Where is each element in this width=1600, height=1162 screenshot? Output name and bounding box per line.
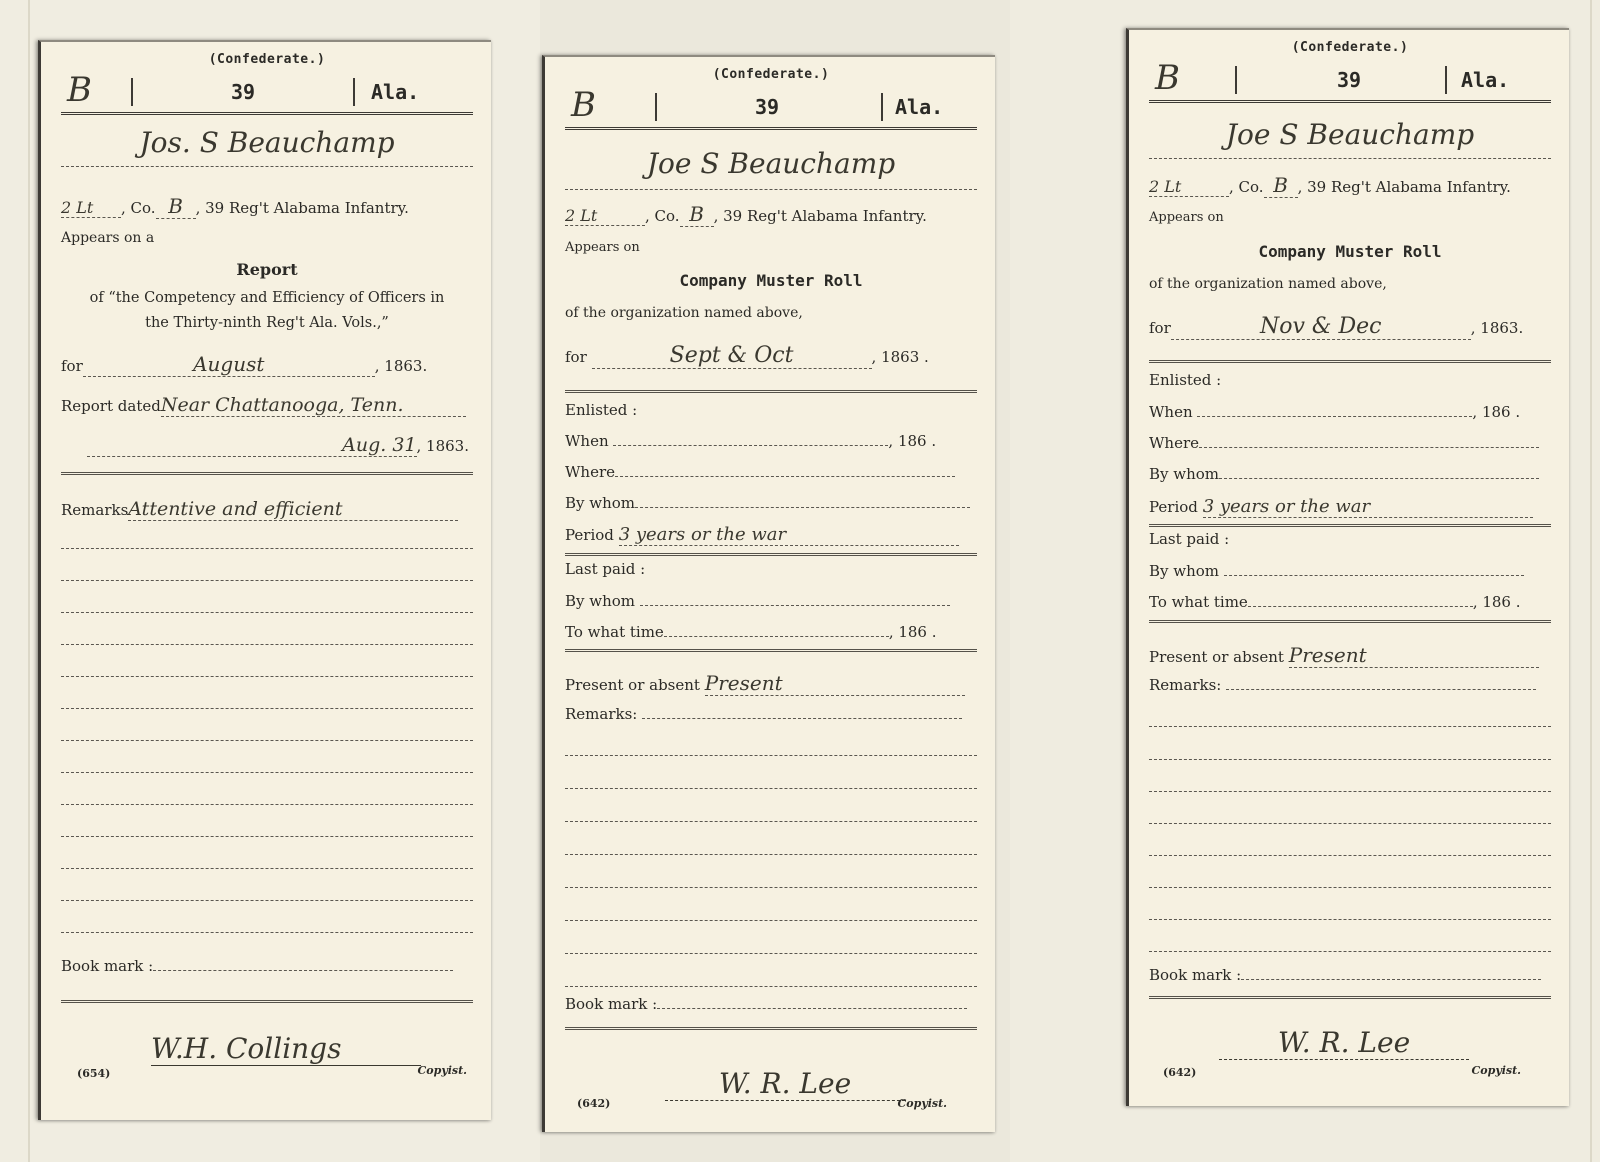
present-value: Present [705,671,965,696]
copyist-signature-row: W.H. Collings [151,1032,421,1066]
company-mark: B [67,70,92,110]
appears-label: Appears on [565,240,977,255]
confederate-label: (Confederate.) [1149,40,1551,55]
for-value: Sept & Oct [592,343,872,369]
service-record-card-report: (Confederate.) B 39 Ala. Jos. S Beaucham… [38,40,491,1120]
rank-company-row: 2 Lt, Co.B, 39 Reg't Alabama Infantry. [1149,173,1551,198]
copyist-label: Copyist. [1472,1064,1521,1077]
organization-label: of the organization named above, [565,305,977,321]
for-value: Nov & Dec [1171,314,1471,340]
book-mark-row: Book mark : [565,995,977,1013]
present-value: Present [1289,643,1539,668]
regiment-number: 39 [1239,68,1459,92]
soldier-name-row: Joe S Beauchamp [1149,118,1551,159]
enlisted-where-row: Where [565,463,977,481]
remarks-row: Remarks: [565,705,977,723]
book-mark-row: Book mark : [61,957,473,975]
last-paid-label: Last paid : [1149,530,1551,548]
report-title-line-1: of “the Competency and Efficiency of Off… [61,290,473,306]
paid-by-whom-row: By whom [1149,562,1551,580]
service-record-card-muster-nov-dec: (Confederate.) B 39 Ala. Joe S Beauchamp… [1126,28,1569,1106]
enlisted-label: Enlisted : [565,401,977,419]
company-value: B [1264,173,1298,198]
organization-label: of the organization named above, [1149,276,1551,292]
soldier-name: Joe S Beauchamp [1226,118,1474,151]
service-record-card-muster-sept-oct: (Confederate.) B 39 Ala. Joe S Beauchamp… [542,55,995,1132]
rank-value: 2 Lt [1149,177,1229,197]
unit-text: , 39 Reg't Alabama Infantry. [714,207,927,225]
to-what-time-row: To what time, 186 . [565,623,977,641]
paper-fold [1590,0,1592,1162]
period-row: Period 3 years or the war [565,524,977,546]
paid-by-whom-row: By whom [565,592,977,610]
period-value: 3 years or the war [1203,496,1533,518]
remarks-row: Remarks: [1149,676,1551,694]
regiment-number: 39 [133,80,353,104]
report-dated-place: Near Chattanooga, Tenn. [161,394,466,417]
rank-value: 2 Lt [565,206,645,226]
card-header: B 39 Ala. [565,89,977,130]
report-dated-date: Aug. 31 [87,434,417,457]
enlisted-by-whom-row: By whom [1149,465,1551,483]
rank-company-row: 2 Lt, Co.B, 39 Reg't Alabama Infantry. [565,202,977,227]
present-absent-row: Present or absent Present [1149,643,1551,668]
company-value: B [156,194,196,219]
enlisted-when-row: When , 186 . [565,432,977,450]
paper-fold [28,0,30,1162]
company-mark: B [1155,58,1180,98]
enlisted-where-row: Where [1149,434,1551,452]
copyist-signature-row: W. R. Lee [1219,1026,1469,1060]
enlisted-label: Enlisted : [1149,371,1551,389]
form-number: (654) [77,1067,473,1080]
report-dated-row: Report datedNear Chattanooga, Tenn. [61,394,473,417]
document-type: Report [61,260,473,279]
soldier-name: Joe S Beauchamp [647,147,895,180]
copyist-signature: W. R. Lee [1278,1026,1410,1059]
confederate-label: (Confederate.) [61,52,473,67]
book-mark-row: Book mark : [1149,966,1551,984]
for-row: forAugust, 1863. [61,352,473,377]
copyist-signature: W.H. Collings [151,1032,341,1065]
to-what-time-row: To what time, 186 . [1149,593,1551,611]
card-header: B 39 Ala. [61,74,473,115]
rank-value: 2 Lt [61,198,121,218]
state-label: Ala. [895,95,943,119]
enlisted-by-whom-row: By whom [565,494,977,512]
soldier-name-row: Jos. S Beauchamp [61,126,473,167]
enlisted-when-row: When , 186 . [1149,403,1551,421]
company-mark: B [571,85,596,125]
period-row: Period 3 years or the war [1149,496,1551,518]
card-header: B 39 Ala. [1149,62,1551,103]
unit-text: , 39 Reg't Alabama Infantry. [1298,178,1511,196]
copyist-signature: W. R. Lee [719,1067,851,1100]
company-value: B [680,202,714,227]
regiment-number: 39 [657,95,877,119]
unit-text: , 39 Reg't Alabama Infantry. [196,199,409,217]
report-title-line-2: the Thirty-ninth Reg't Ala. Vols.,” [61,315,473,331]
soldier-name: Jos. S Beauchamp [139,126,394,159]
rank-company-row: 2 Lt, Co.B, 39 Reg't Alabama Infantry. [61,194,473,219]
confederate-label: (Confederate.) [565,67,977,82]
appears-label: Appears on a [61,230,473,246]
soldier-name-row: Joe S Beauchamp [565,147,977,190]
copyist-signature-row: W. R. Lee [665,1067,905,1101]
copyist-label: Copyist. [418,1064,467,1077]
for-value: August [83,352,375,377]
document-type: Company Muster Roll [1149,242,1551,261]
period-value: 3 years or the war [619,524,959,546]
last-paid-label: Last paid : [565,560,977,578]
for-row: for Sept & Oct, 1863 . [565,343,977,369]
state-label: Ala. [371,80,419,104]
for-row: forNov & Dec, 1863. [1149,314,1551,340]
present-absent-row: Present or absent Present [565,671,977,696]
report-date-row: Aug. 31, 1863. [61,434,473,457]
appears-label: Appears on [1149,210,1551,225]
remarks-value: Attentive and efficient [128,498,458,521]
remarks-row: RemarksAttentive and efficient [61,498,473,521]
document-type: Company Muster Roll [565,271,977,290]
copyist-label: Copyist. [898,1097,947,1110]
state-label: Ala. [1461,68,1509,92]
